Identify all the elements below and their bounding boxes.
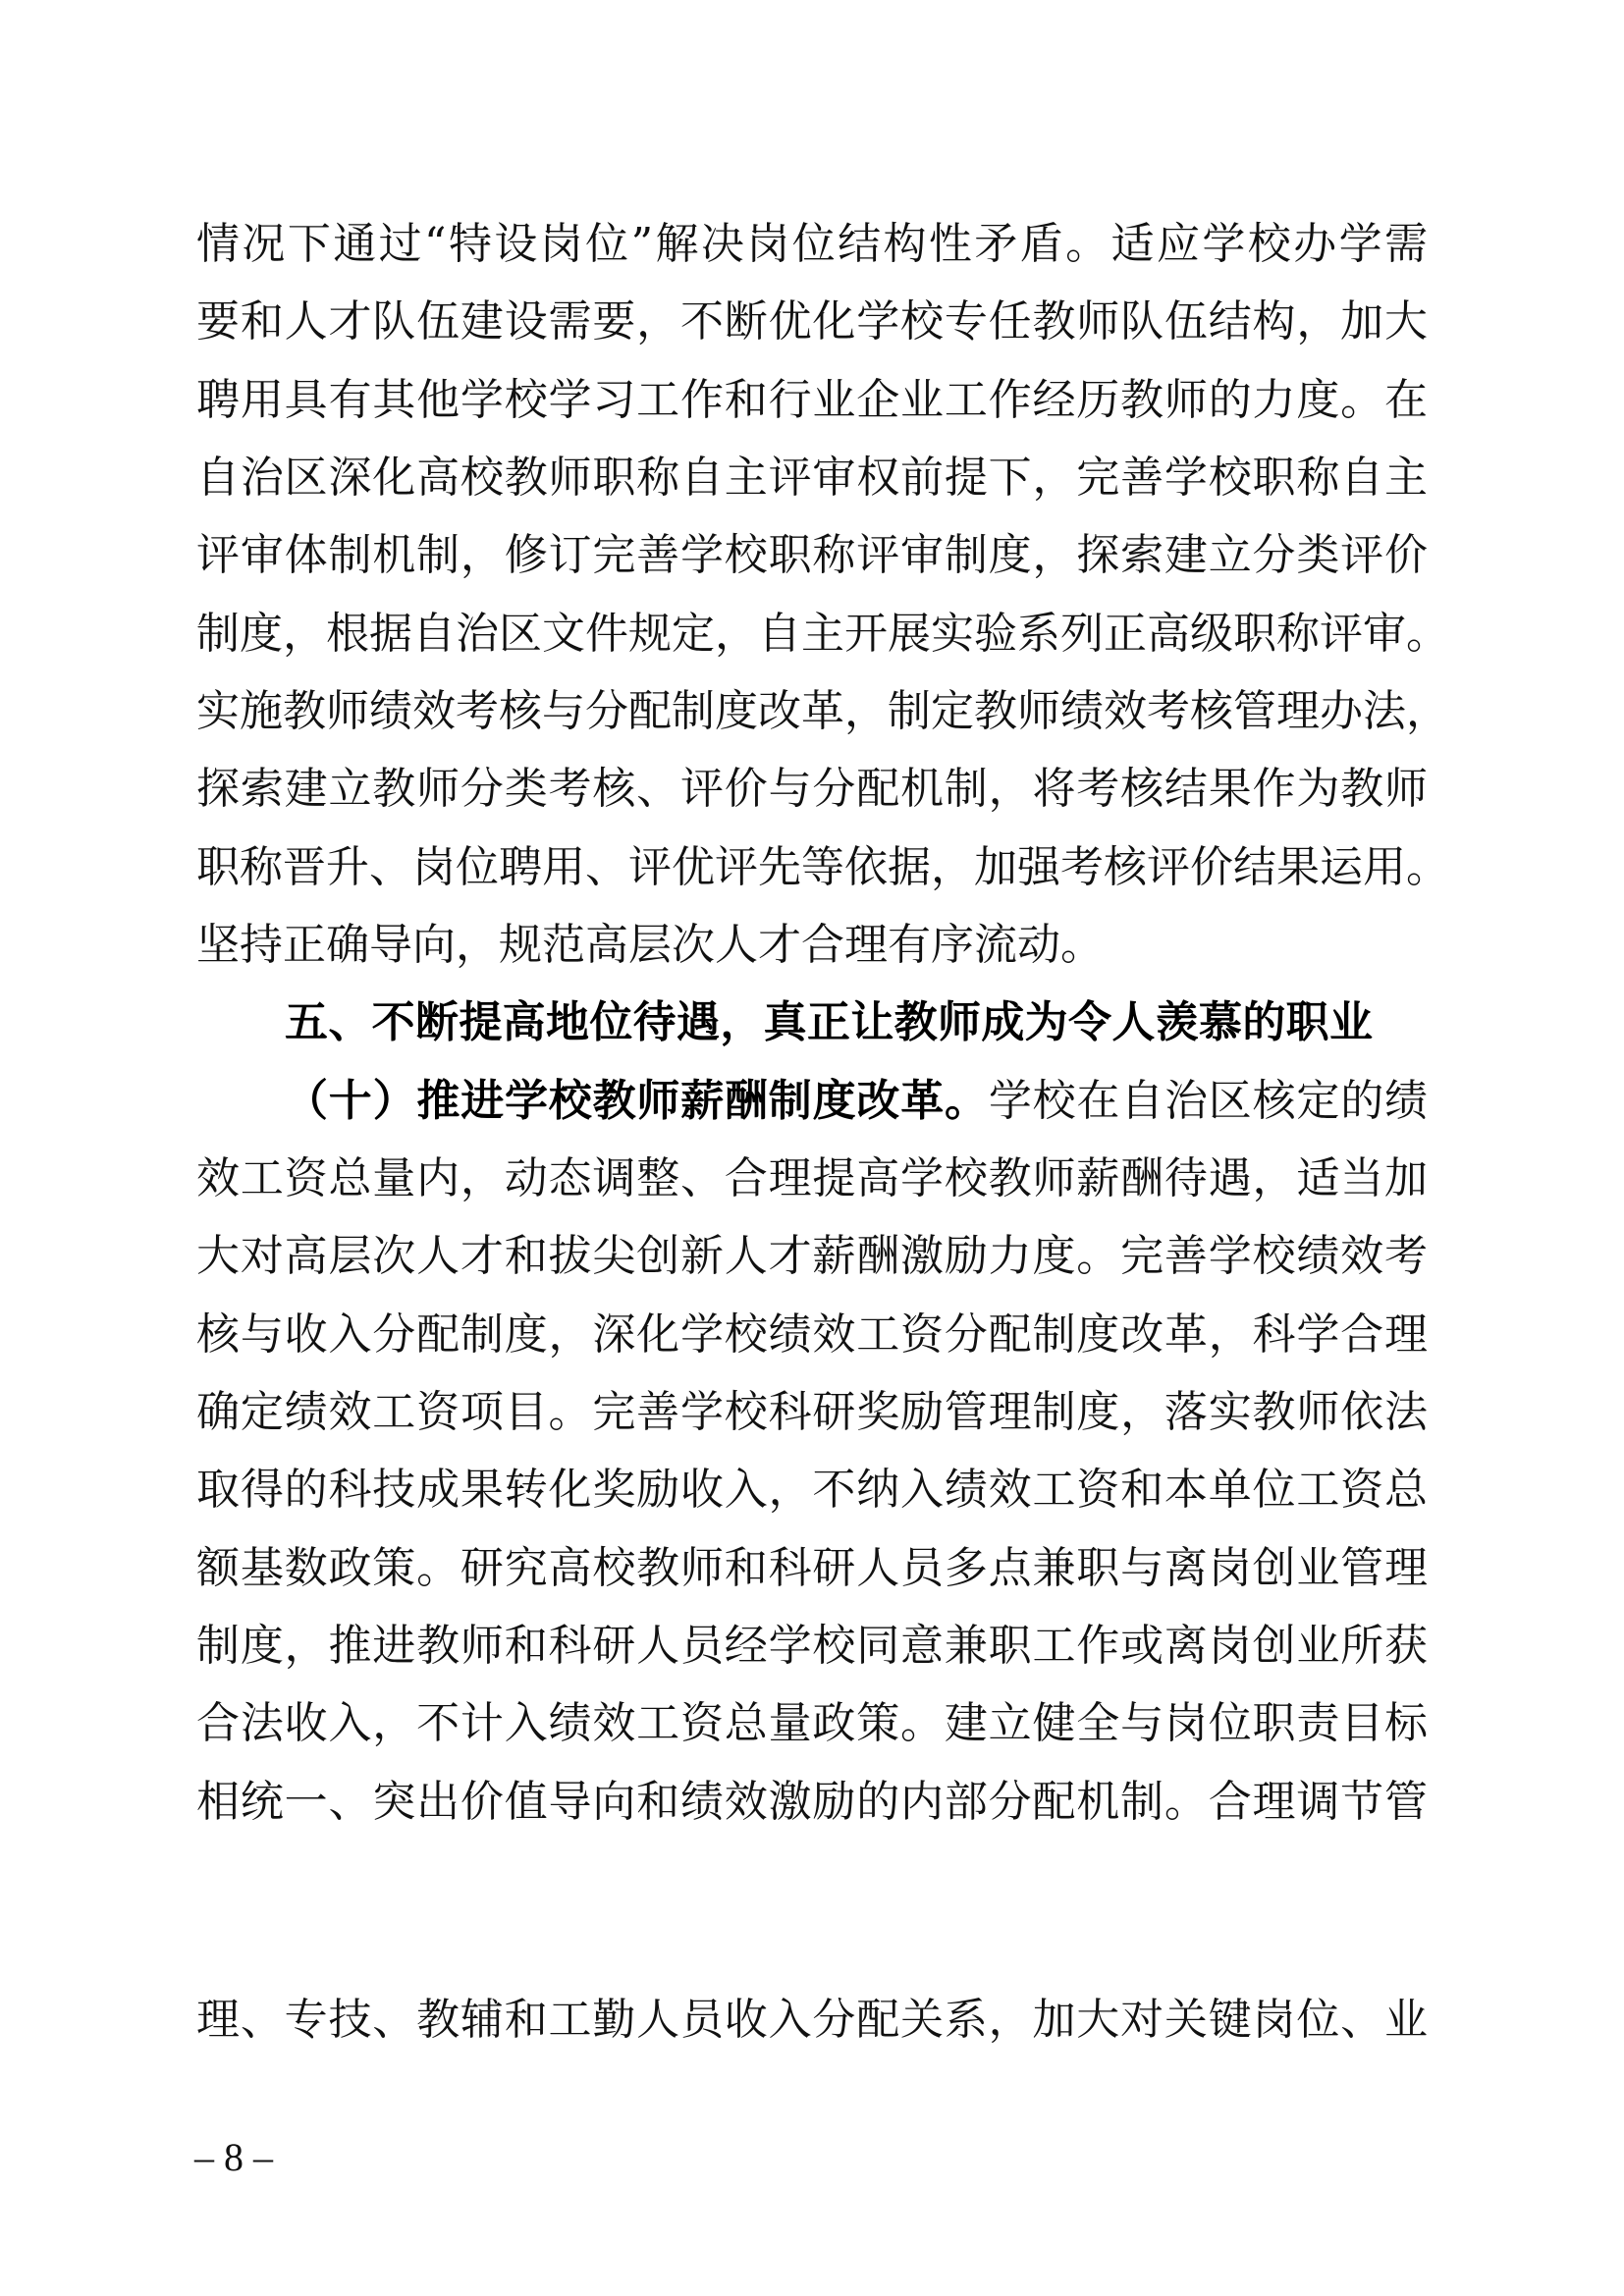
body-text-line: 情况下通过“特设岗位”解决岗位结构性矛盾。适应学校办学需 [196, 205, 1428, 283]
body-text-line: 探索建立教师分类考核、评价与分配机制，将考核结果作为教师 [196, 750, 1428, 828]
body-text-line: 效工资总量内，动态调整、合理提高学校教师薪酬待遇，适当加 [196, 1140, 1428, 1217]
body-text-line: 坚持正确导向，规范高层次人才合理有序流动。 [196, 906, 1104, 984]
body-text-line: 合法收入，不计入绩效工资总量政策。建立健全与岗位职责目标 [196, 1684, 1428, 1762]
subsection-title: （十）推进学校教师薪酬制度改革。 [285, 1076, 989, 1126]
body-text-line: 评审体制机制，修订完善学校职称评审制度，探索建立分类评价 [196, 516, 1428, 594]
body-text-line: 制度，根据自治区文件规定，自主开展实验系列正高级职称评审。 [196, 595, 1428, 672]
body-text-line: 取得的科技成果转化奖励收入，不纳入绩效工资和本单位工资总 [196, 1451, 1428, 1528]
body-text-line: 确定绩效工资项目。完善学校科研奖励管理制度，落实教师依法 [196, 1373, 1428, 1451]
subsection-first-line-text: 学校在自治区核定的绩 [989, 1076, 1428, 1126]
body-text-line: 要和人才队伍建设需要，不断优化学校专任教师队伍结构，加大 [196, 283, 1428, 360]
page-number: – 8 – [194, 2134, 273, 2181]
body-text-line: 实施教师绩效考核与分配制度改革，制定教师绩效考核管理办法， [196, 672, 1428, 750]
body-text-line: 制度，推进教师和科研人员经学校同意兼职工作或离岗创业所获 [196, 1607, 1428, 1684]
body-text-line: 自治区深化高校教师职称自主评审权前提下，完善学校职称自主 [196, 439, 1428, 516]
section-heading: 五、不断提高地位待遇，真正让教师成为令人羡慕的职业 [285, 984, 1373, 1061]
body-text-line: 核与收入分配制度，深化学校绩效工资分配制度改革，科学合理 [196, 1296, 1428, 1373]
document-page: 情况下通过“特设岗位”解决岗位结构性矛盾。适应学校办学需 要和人才队伍建设需要，… [0, 0, 1624, 2296]
subsection-first-line: （十）推进学校教师薪酬制度改革。学校在自治区核定的绩 [285, 1062, 1428, 1140]
body-text-line: 大对高层次人才和拔尖创新人才薪酬激励力度。完善学校绩效考 [196, 1217, 1428, 1295]
body-text-line: 理、专技、教辅和工勤人员收入分配关系，加大对关键岗位、业 [196, 1981, 1428, 2058]
body-text-line: 聘用具有其他学校学习工作和行业企业工作经历教师的力度。在 [196, 361, 1428, 439]
body-text-line: 职称晋升、岗位聘用、评优评先等依据，加强考核评价结果运用。 [196, 828, 1428, 906]
body-text-line: 额基数政策。研究高校教师和科研人员多点兼职与离岗创业管理 [196, 1529, 1428, 1607]
body-text-line: 相统一、突出价值导向和绩效激励的内部分配机制。合理调节管 [196, 1763, 1428, 1841]
